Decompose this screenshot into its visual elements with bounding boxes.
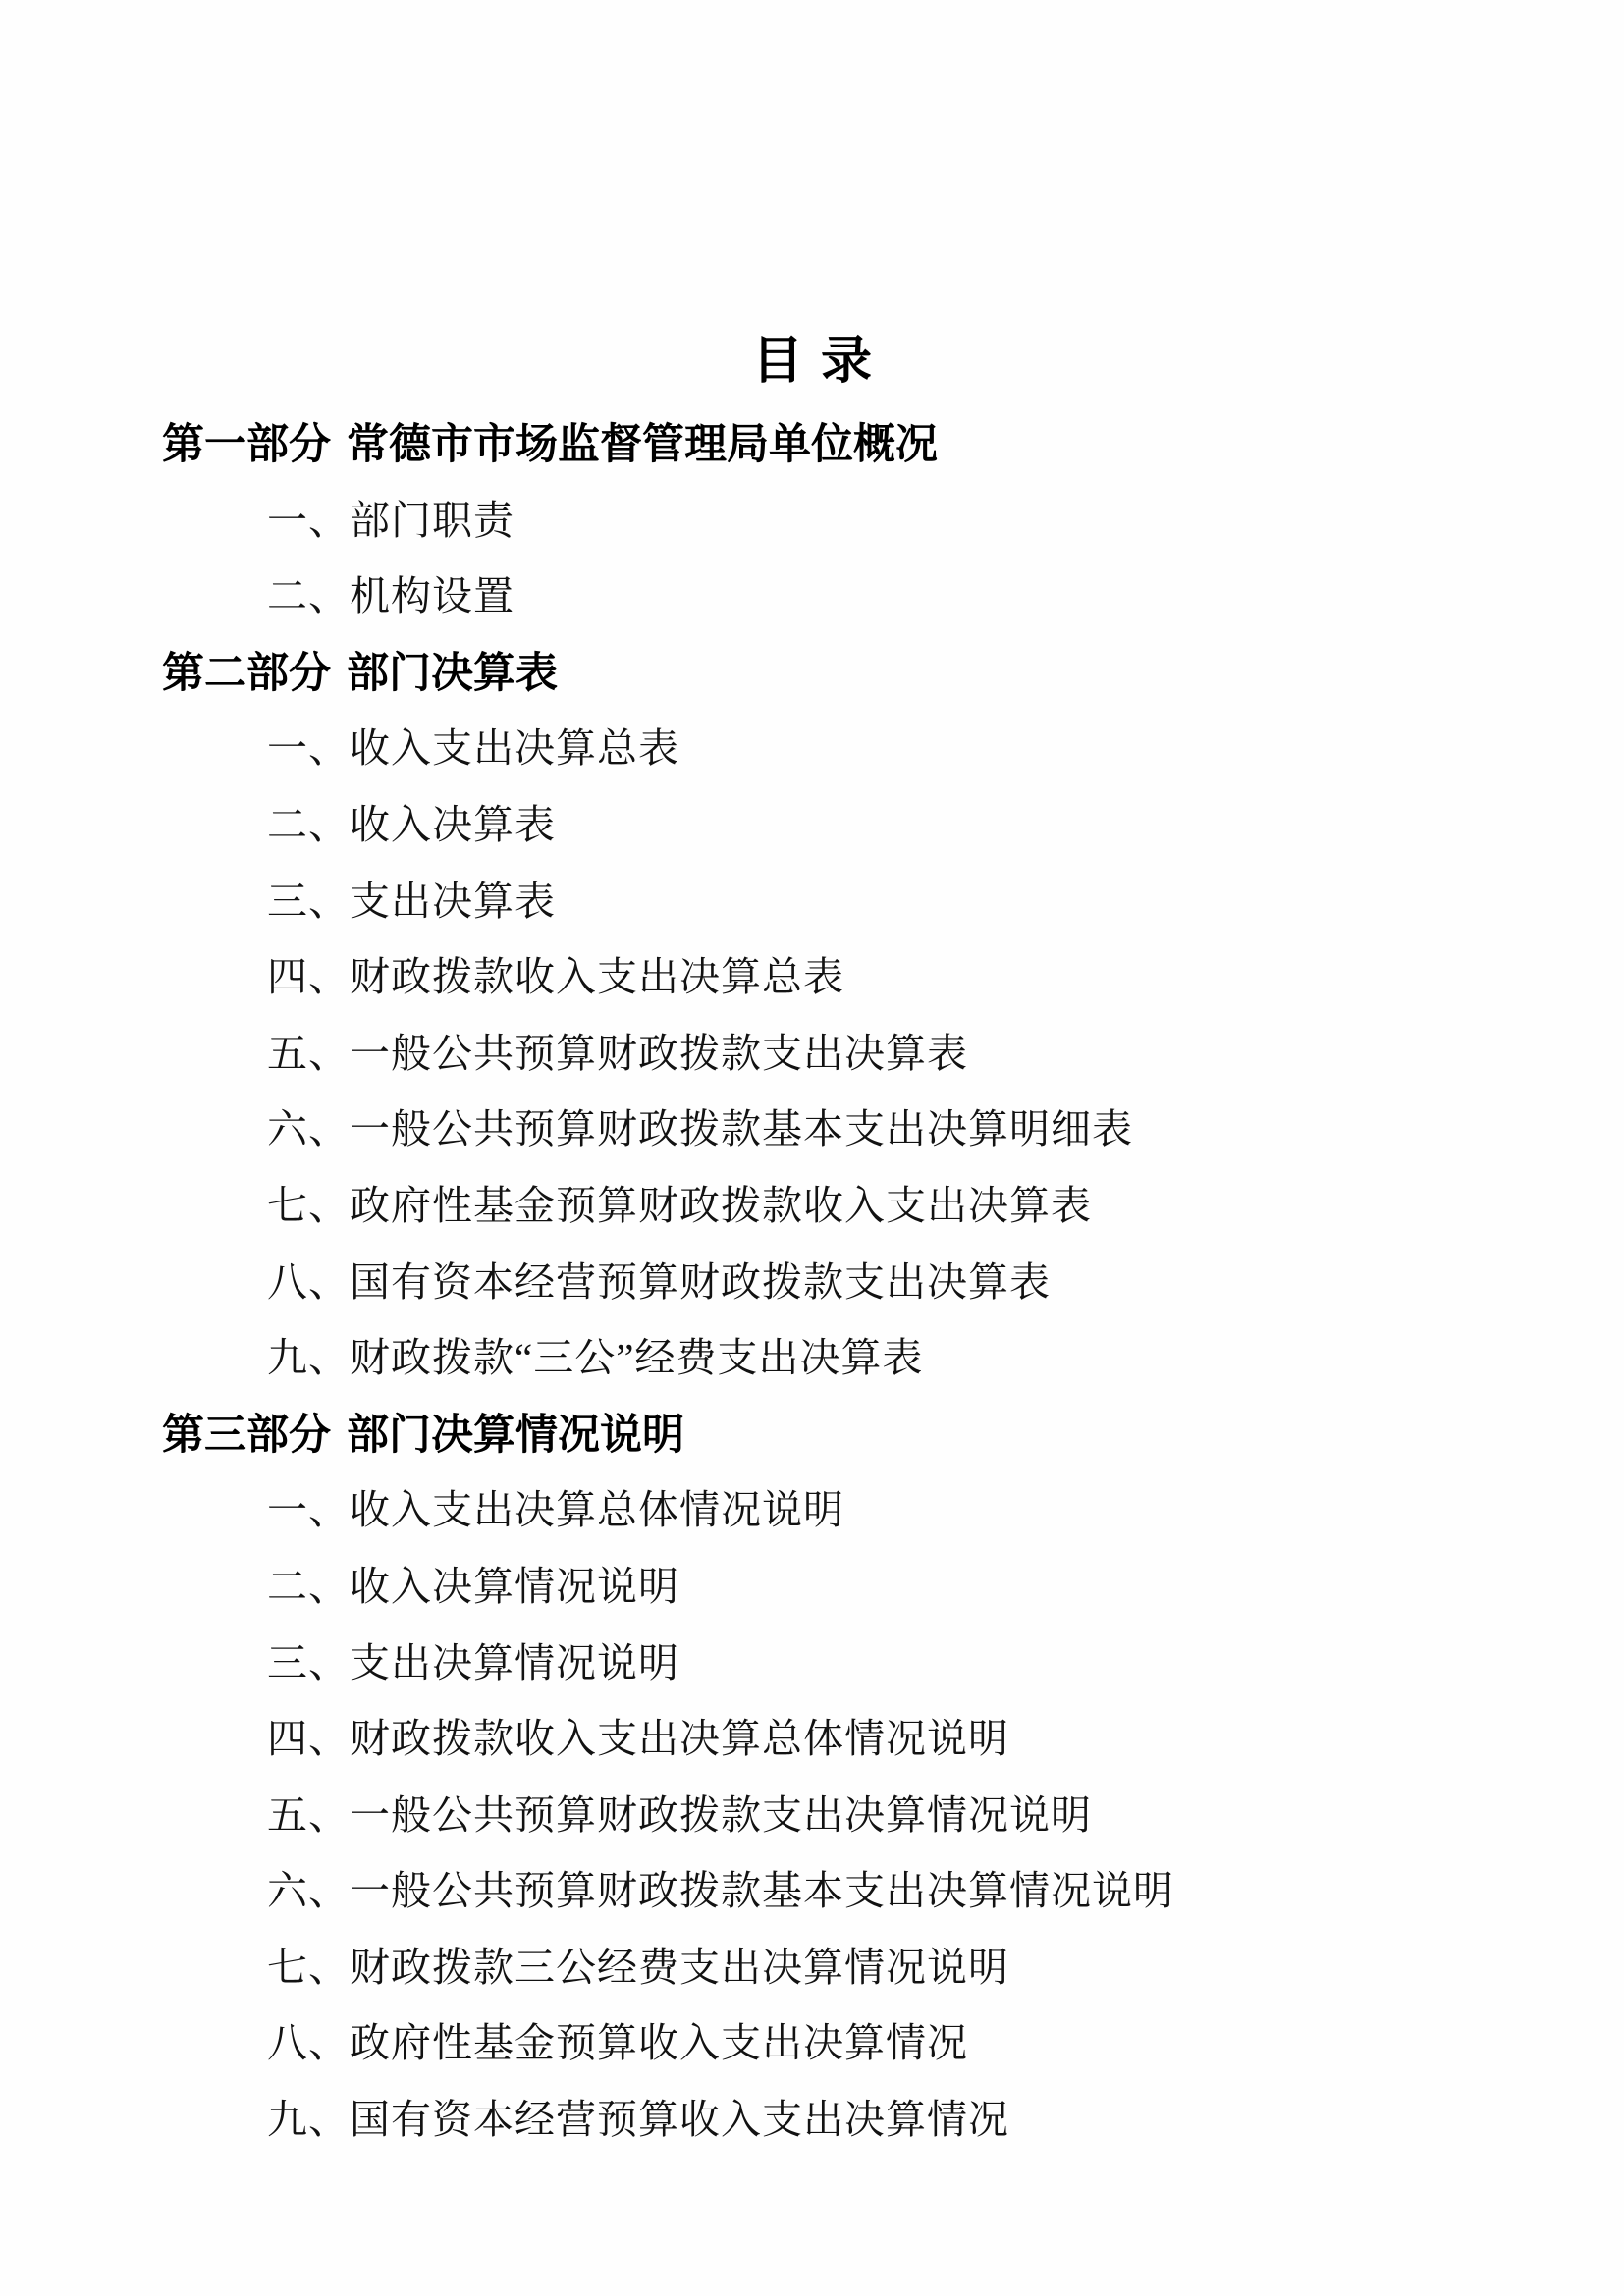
toc-section-1-title: 常德市市场监督管理局单位概况 — [347, 421, 938, 468]
toc-item: 七、政府性基金预算财政拨款收入支出决算表 — [0, 1184, 1624, 1260]
toc-item: 六、一般公共预算财政拨款基本支出决算明细表 — [0, 1107, 1624, 1184]
toc-item: 四、财政拨款收入支出决算总表 — [0, 955, 1624, 1032]
toc-item: 五、一般公共预算财政拨款支出决算情况说明 — [0, 1793, 1624, 1870]
toc-section-1-label: 第一部分 — [162, 421, 331, 468]
toc-section-3-label: 第三部分 — [162, 1412, 331, 1459]
toc-section-1-heading: 第一部分常德市市场监督管理局单位概况 — [0, 422, 1624, 499]
toc-section-2-heading: 第二部分部门决算表 — [0, 651, 1624, 727]
toc-section-2-title: 部门决算表 — [347, 650, 558, 697]
toc-item: 八、政府性基金预算收入支出决算情况 — [0, 2021, 1624, 2098]
toc-item: 九、国有资本经营预算收入支出决算情况 — [0, 2098, 1624, 2174]
toc-item: 五、一般公共预算财政拨款支出决算表 — [0, 1032, 1624, 1108]
toc-item: 一、部门职责 — [0, 499, 1624, 575]
toc-item: 三、支出决算表 — [0, 880, 1624, 956]
toc-item: 四、财政拨款收入支出决算总体情况说明 — [0, 1717, 1624, 1793]
document-page: 目录 第一部分常德市市场监督管理局单位概况 一、部门职责 二、机构设置 第二部分… — [0, 0, 1624, 2296]
toc-section-3-heading: 第三部分部门决算情况说明 — [0, 1413, 1624, 1489]
toc-item: 二、收入决算情况说明 — [0, 1565, 1624, 1641]
toc-item: 八、国有资本经营预算财政拨款支出决算表 — [0, 1260, 1624, 1337]
toc-item: 三、支出决算情况说明 — [0, 1641, 1624, 1718]
toc-section-3-title: 部门决算情况说明 — [347, 1412, 684, 1459]
table-of-contents: 第一部分常德市市场监督管理局单位概况 一、部门职责 二、机构设置 第二部分部门决… — [0, 422, 1624, 2174]
toc-item: 七、财政拨款三公经费支出决算情况说明 — [0, 1946, 1624, 2022]
toc-item: 二、收入决算表 — [0, 803, 1624, 880]
toc-item: 九、财政拨款“三公”经费支出决算表 — [0, 1336, 1624, 1413]
page-title: 目录 — [0, 334, 1624, 390]
toc-item: 六、一般公共预算财政拨款基本支出决算情况说明 — [0, 1869, 1624, 1946]
toc-section-2-label: 第二部分 — [162, 650, 331, 697]
toc-item: 二、机构设置 — [0, 574, 1624, 651]
toc-item: 一、收入支出决算总表 — [0, 726, 1624, 803]
toc-item: 一、收入支出决算总体情况说明 — [0, 1488, 1624, 1565]
